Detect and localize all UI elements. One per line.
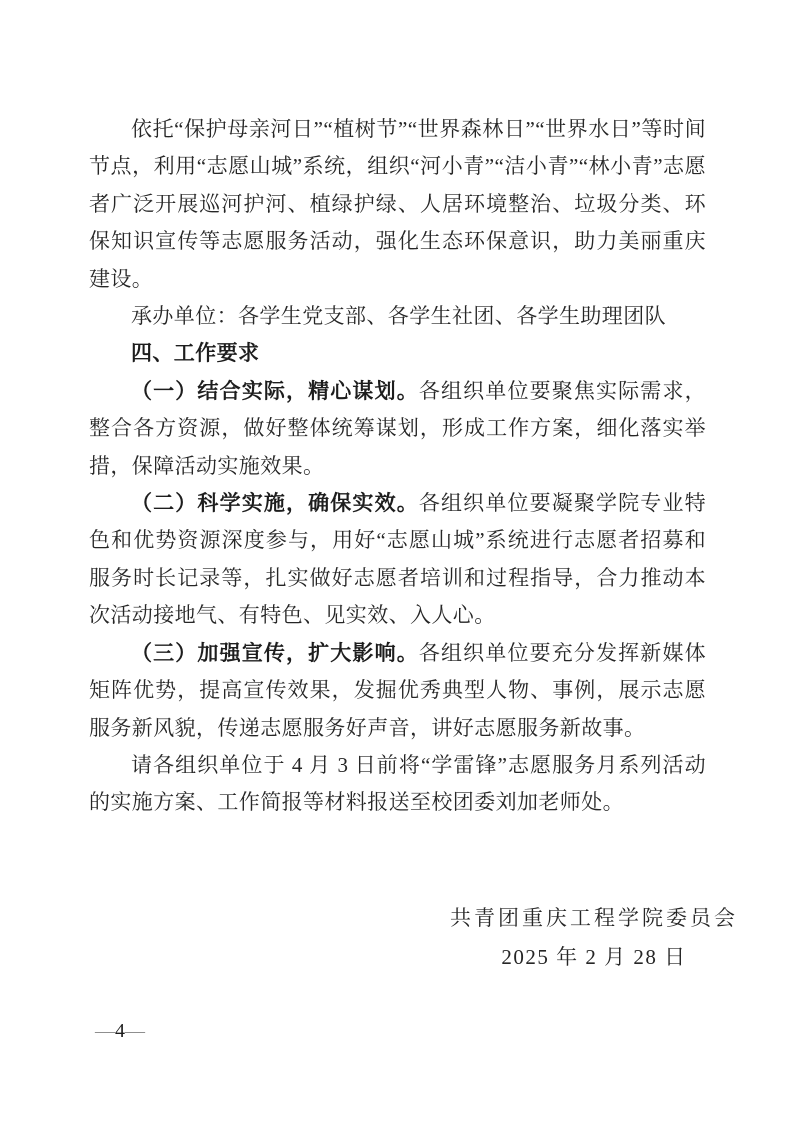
paragraph-organizing-units: 承办单位：各学生党支部、各学生社团、各学生助理团队 [89,298,706,335]
signature-date: 2025 年 2 月 28 日 [450,938,738,977]
document-body: 依托“保护母亲河日”“植树节”“世界森林日”“世界水日”等时间节点，利用“志愿山… [89,111,706,822]
page-number-dash-right: — [125,1020,145,1042]
paragraph-item3: （三）加强宣传，扩大影响。各组织单位要充分发挥新媒体矩阵优势，提高宣传效果，发掘… [89,635,706,747]
paragraph-item2: （二）科学实施，确保实效。各组织单位要凝聚学院专业特色和优势资源深度参与，用好“… [89,485,706,635]
item1-lead-heading: （一）结合实际，精心谋划。 [131,379,419,403]
paragraph-closing-submission: 请各组织单位于 4 月 3 日前将“学雷锋”志愿服务月系列活动的实施方案、工作简… [89,747,706,822]
item2-lead-heading: （二）科学实施，确保实效。 [131,491,419,515]
signature-block: 共青团重庆工程学院委员会 2025 年 2 月 28 日 [450,899,738,977]
page-number: —4— [95,1018,145,1044]
document-page: 依托“保护母亲河日”“植树节”“世界森林日”“世界水日”等时间节点，利用“志愿山… [0,0,793,1122]
signature-organization: 共青团重庆工程学院委员会 [450,899,738,938]
item3-lead-heading: （三）加强宣传，扩大影响。 [131,641,419,665]
paragraph-item1: （一）结合实际，精心谋划。各组织单位要聚焦实际需求，整合各方资源，做好整体统筹谋… [89,373,706,485]
section-heading-work-requirements: 四、工作要求 [89,335,706,372]
page-number-value: 4 [115,1020,125,1042]
page-number-dash-left: — [95,1020,115,1042]
paragraph-environment-activities: 依托“保护母亲河日”“植树节”“世界森林日”“世界水日”等时间节点，利用“志愿山… [89,111,706,298]
